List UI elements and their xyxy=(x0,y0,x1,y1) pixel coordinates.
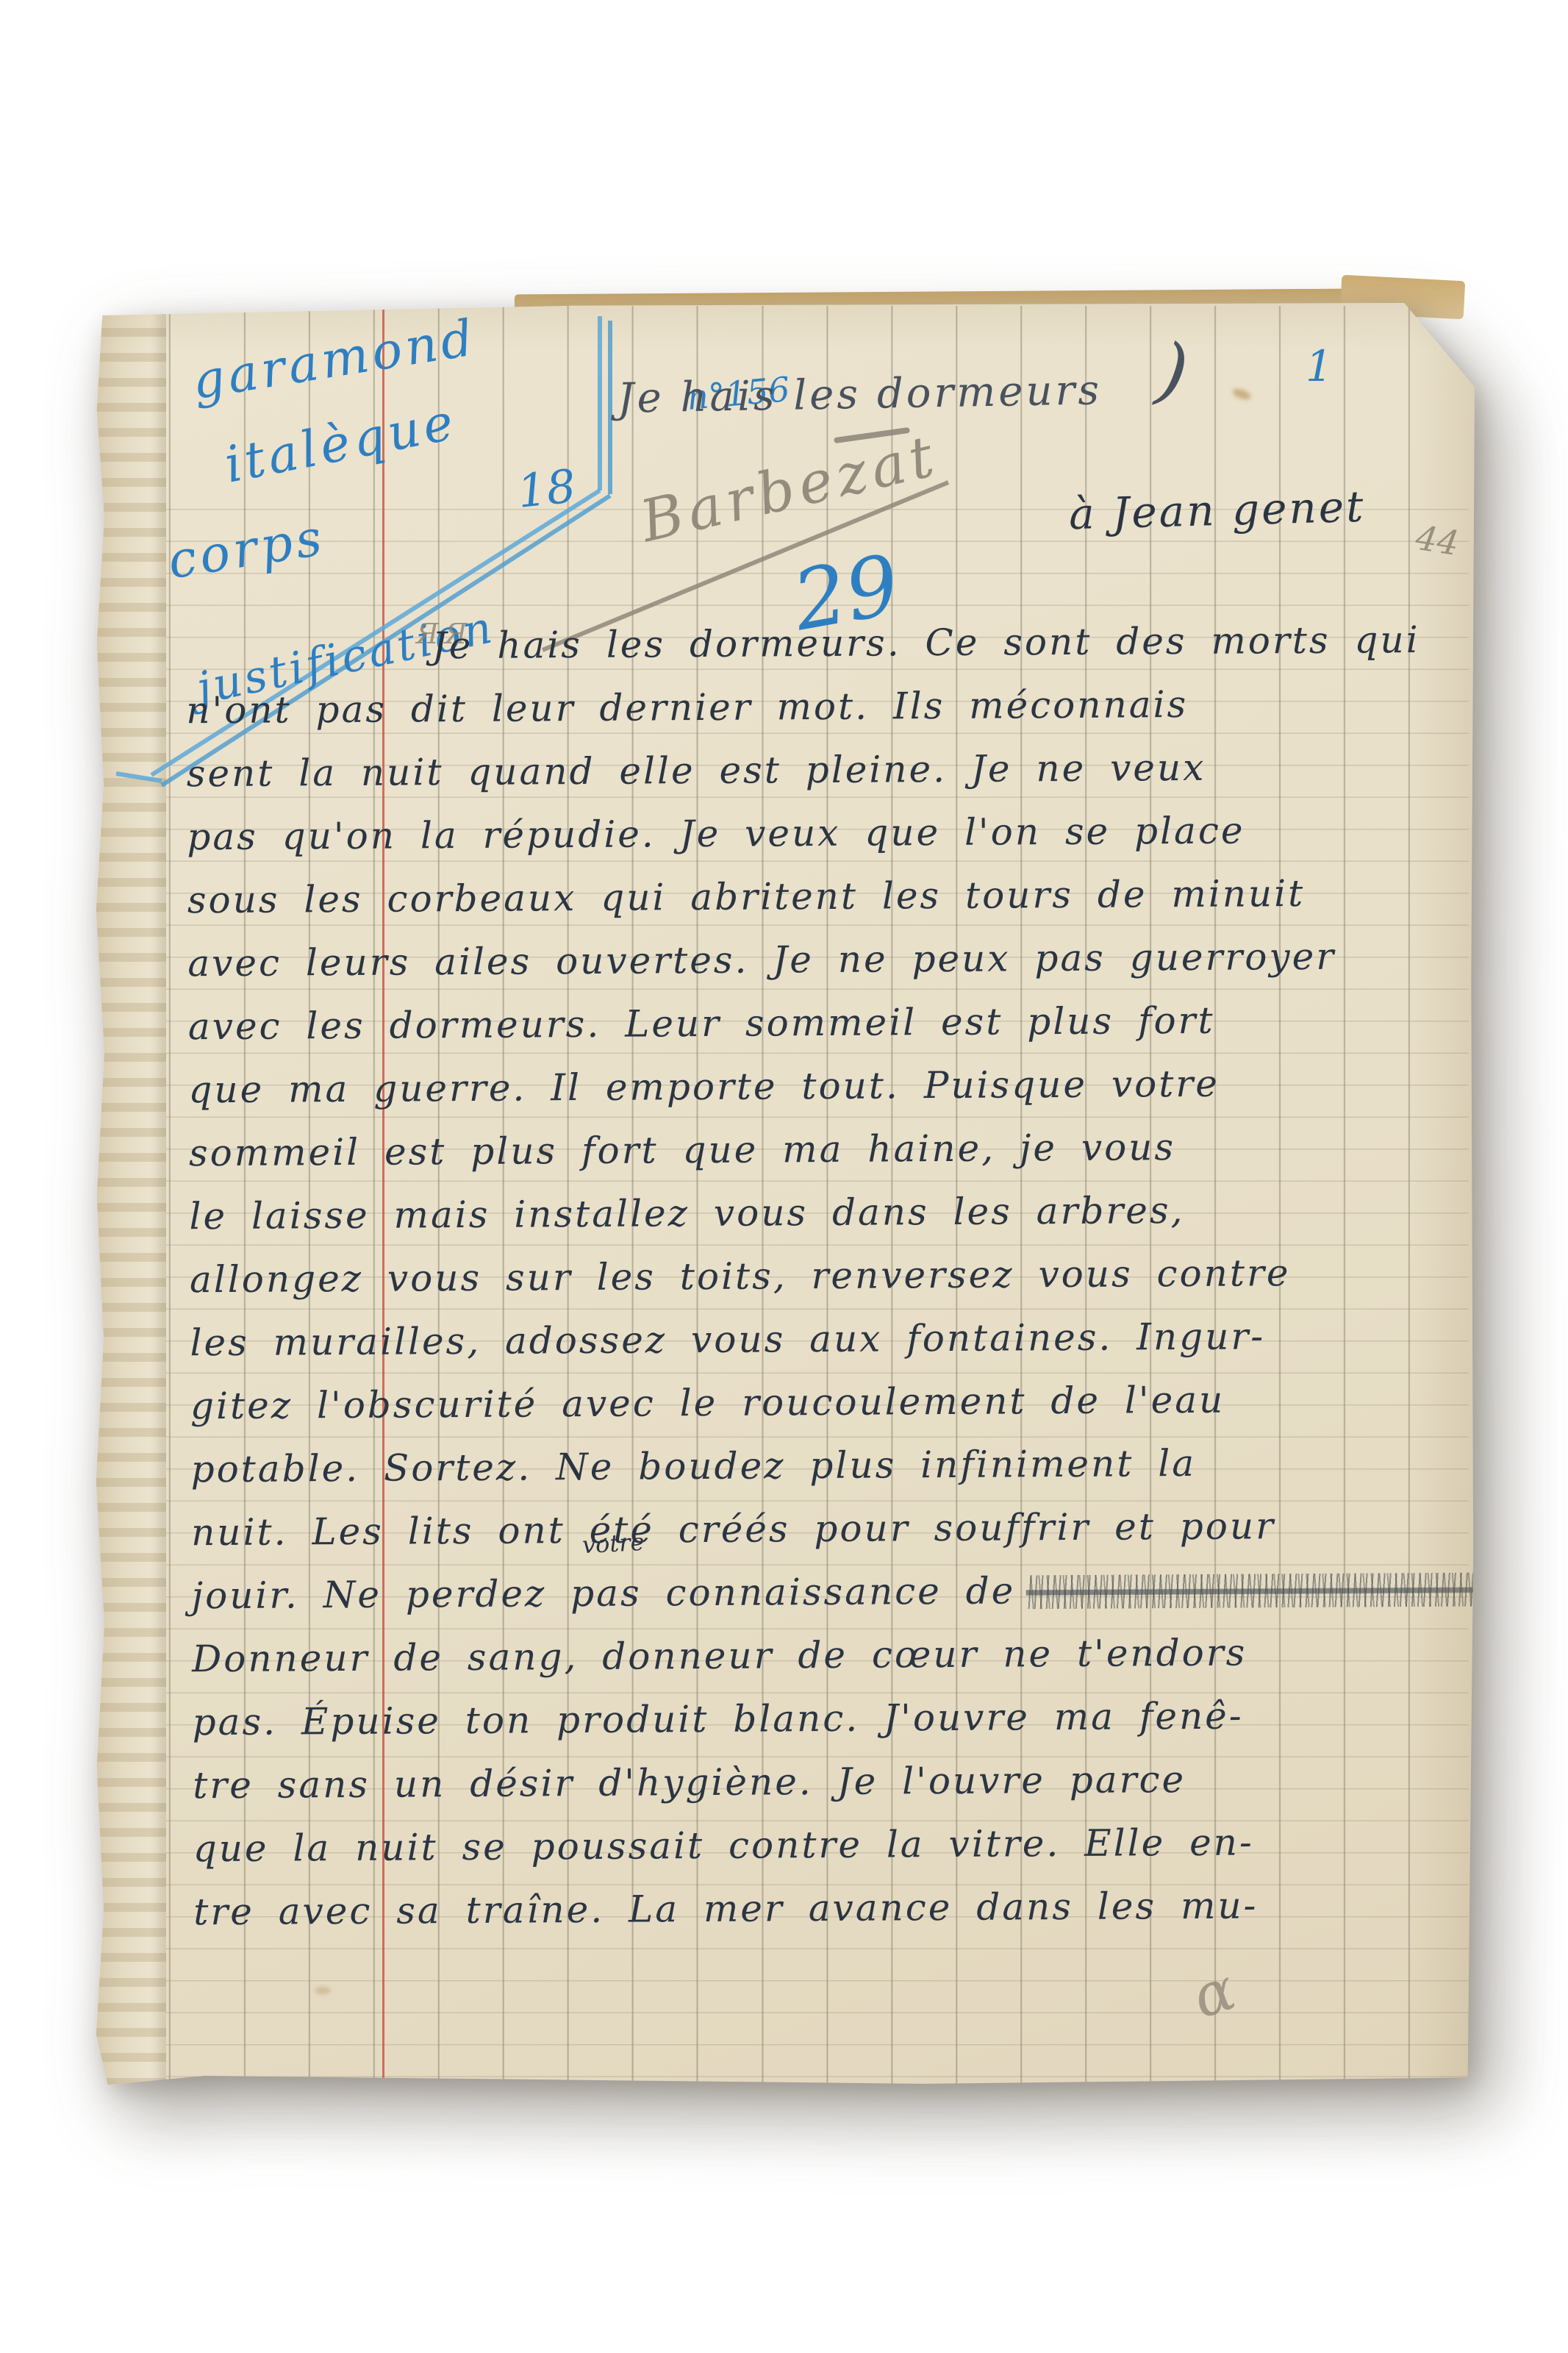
manuscript-line: que ma guerre. Il emporte tout. Puisque … xyxy=(188,1051,1460,1122)
manuscript-line: sent la nuit quand elle est pleine. Je n… xyxy=(187,735,1458,806)
manuscript-page: garamond italèque n°156 18 corps justifi… xyxy=(94,303,1475,2088)
manuscript-line: que la nuit se poussait contre la vitre.… xyxy=(193,1810,1464,1881)
manuscript-page-wrapper: garamond italèque n°156 18 corps justifi… xyxy=(94,303,1475,2088)
dedication: à Jean genet xyxy=(1068,482,1366,540)
paper-stain xyxy=(315,1987,331,1994)
manuscript-line: jouir. Ne perdez pas connaissance de xyxy=(191,1557,1463,1628)
manuscript-line: tre avec sa traîne. La mer avance dans l… xyxy=(193,1873,1465,1944)
manuscript-line: sommeil est plus fort que ma haine, je v… xyxy=(189,1114,1461,1185)
scribbled-out-text xyxy=(1025,1572,1496,1609)
page-title: Je hais les dormeurs xyxy=(617,366,1102,422)
manuscript-line: pas qu'on la répudie. Je veux que l'on s… xyxy=(187,798,1458,869)
manuscript-line: avec les dormeurs. Leur sommeil est plus… xyxy=(188,988,1460,1059)
dedication-pencil-mark: 44 xyxy=(1413,518,1461,563)
typo-note-size: 18 xyxy=(515,459,578,518)
manuscript-line: n'ont pas dit leur dernier mot. Ils méco… xyxy=(186,671,1458,743)
manuscript-line: nuit. Les lits ont été créés pour souffr… xyxy=(191,1493,1463,1565)
torn-left-edge xyxy=(94,303,166,2088)
manuscript-line: Donneur de sang, donneur de cœur ne t'en… xyxy=(192,1620,1464,1691)
manuscript-line: le laisse mais installez vous dans les a… xyxy=(189,1177,1461,1249)
manuscript-line: Je hais les dormeurs. Ce sont des morts … xyxy=(186,608,1458,679)
photo-background: garamond italèque n°156 18 corps justifi… xyxy=(0,0,1568,2353)
manuscript-line: tre sans un désir d'hygiène. Je l'ouvre … xyxy=(193,1746,1464,1818)
interlinear-insertion: votre xyxy=(581,1528,645,1559)
manuscript-line: allongez vous sur les toits, renversez v… xyxy=(190,1240,1461,1312)
manuscript-line: les murailles, adossez vous aux fontaine… xyxy=(190,1304,1461,1375)
manuscript-line: potable. Sortez. Ne boudez plus infinime… xyxy=(190,1430,1462,1502)
manuscript-line: sous les corbeaux qui abritent les tours… xyxy=(187,861,1459,932)
manuscript-line: avec leurs ailes ouvertes. Je ne peux pa… xyxy=(187,924,1459,996)
manuscript-line: pas. Épuise ton produit blanc. J'ouvre m… xyxy=(192,1683,1464,1754)
manuscript-line: gitez l'obscurité avec le roucoulement d… xyxy=(190,1367,1462,1438)
page-number: 1 xyxy=(1306,341,1333,391)
manuscript-body: Je hais les dormeurs. Ce sont des morts … xyxy=(186,608,1466,1944)
